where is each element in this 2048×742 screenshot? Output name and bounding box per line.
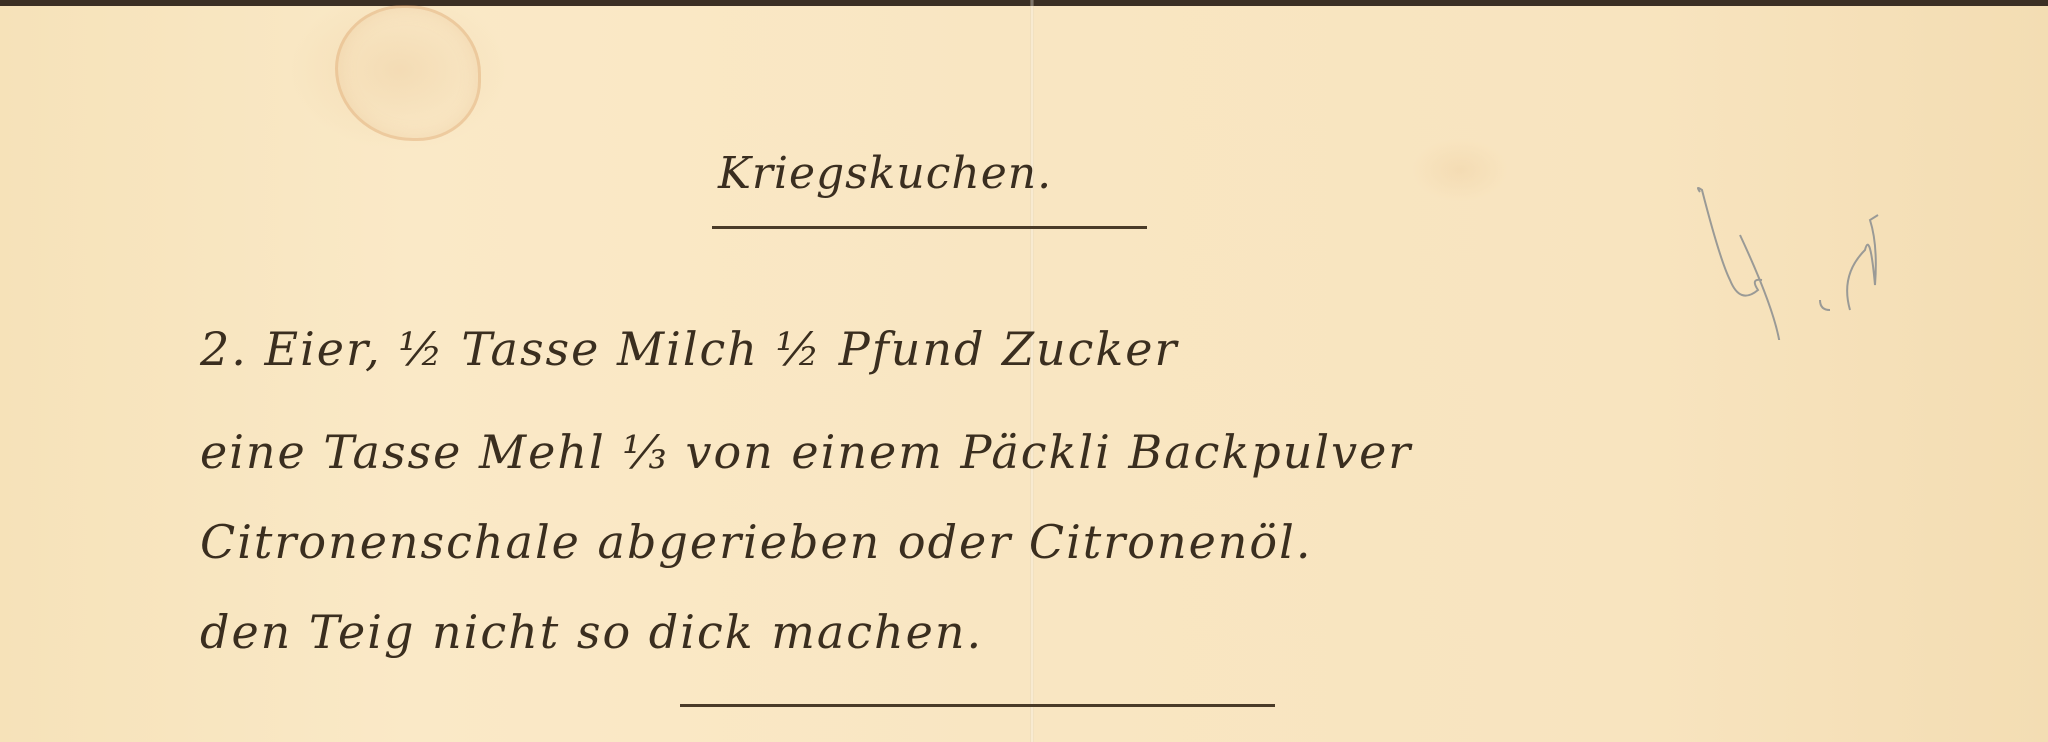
recipe-line-1: 2. Eier, ½ Tasse Milch ½ Pfund Zucker	[200, 322, 1178, 376]
paper-top-edge	[0, 0, 2048, 6]
pencil-annotation-icon	[1680, 170, 1880, 340]
recipe-title: Kriegskuchen.	[718, 148, 1052, 199]
title-underline	[712, 226, 1147, 229]
recipe-line-3: Citronenschale abgerieben oder Citronenö…	[200, 515, 1312, 569]
water-stain	[335, 5, 481, 141]
recipe-line-4: den Teig nicht so dick machen.	[200, 605, 983, 659]
recipe-line-2: eine Tasse Mehl ⅓ von einem Päckli Backp…	[200, 425, 1412, 479]
recipe-paper: Kriegskuchen. 2. Eier, ½ Tasse Milch ½ P…	[0, 0, 2048, 742]
bottom-rule	[680, 704, 1275, 707]
